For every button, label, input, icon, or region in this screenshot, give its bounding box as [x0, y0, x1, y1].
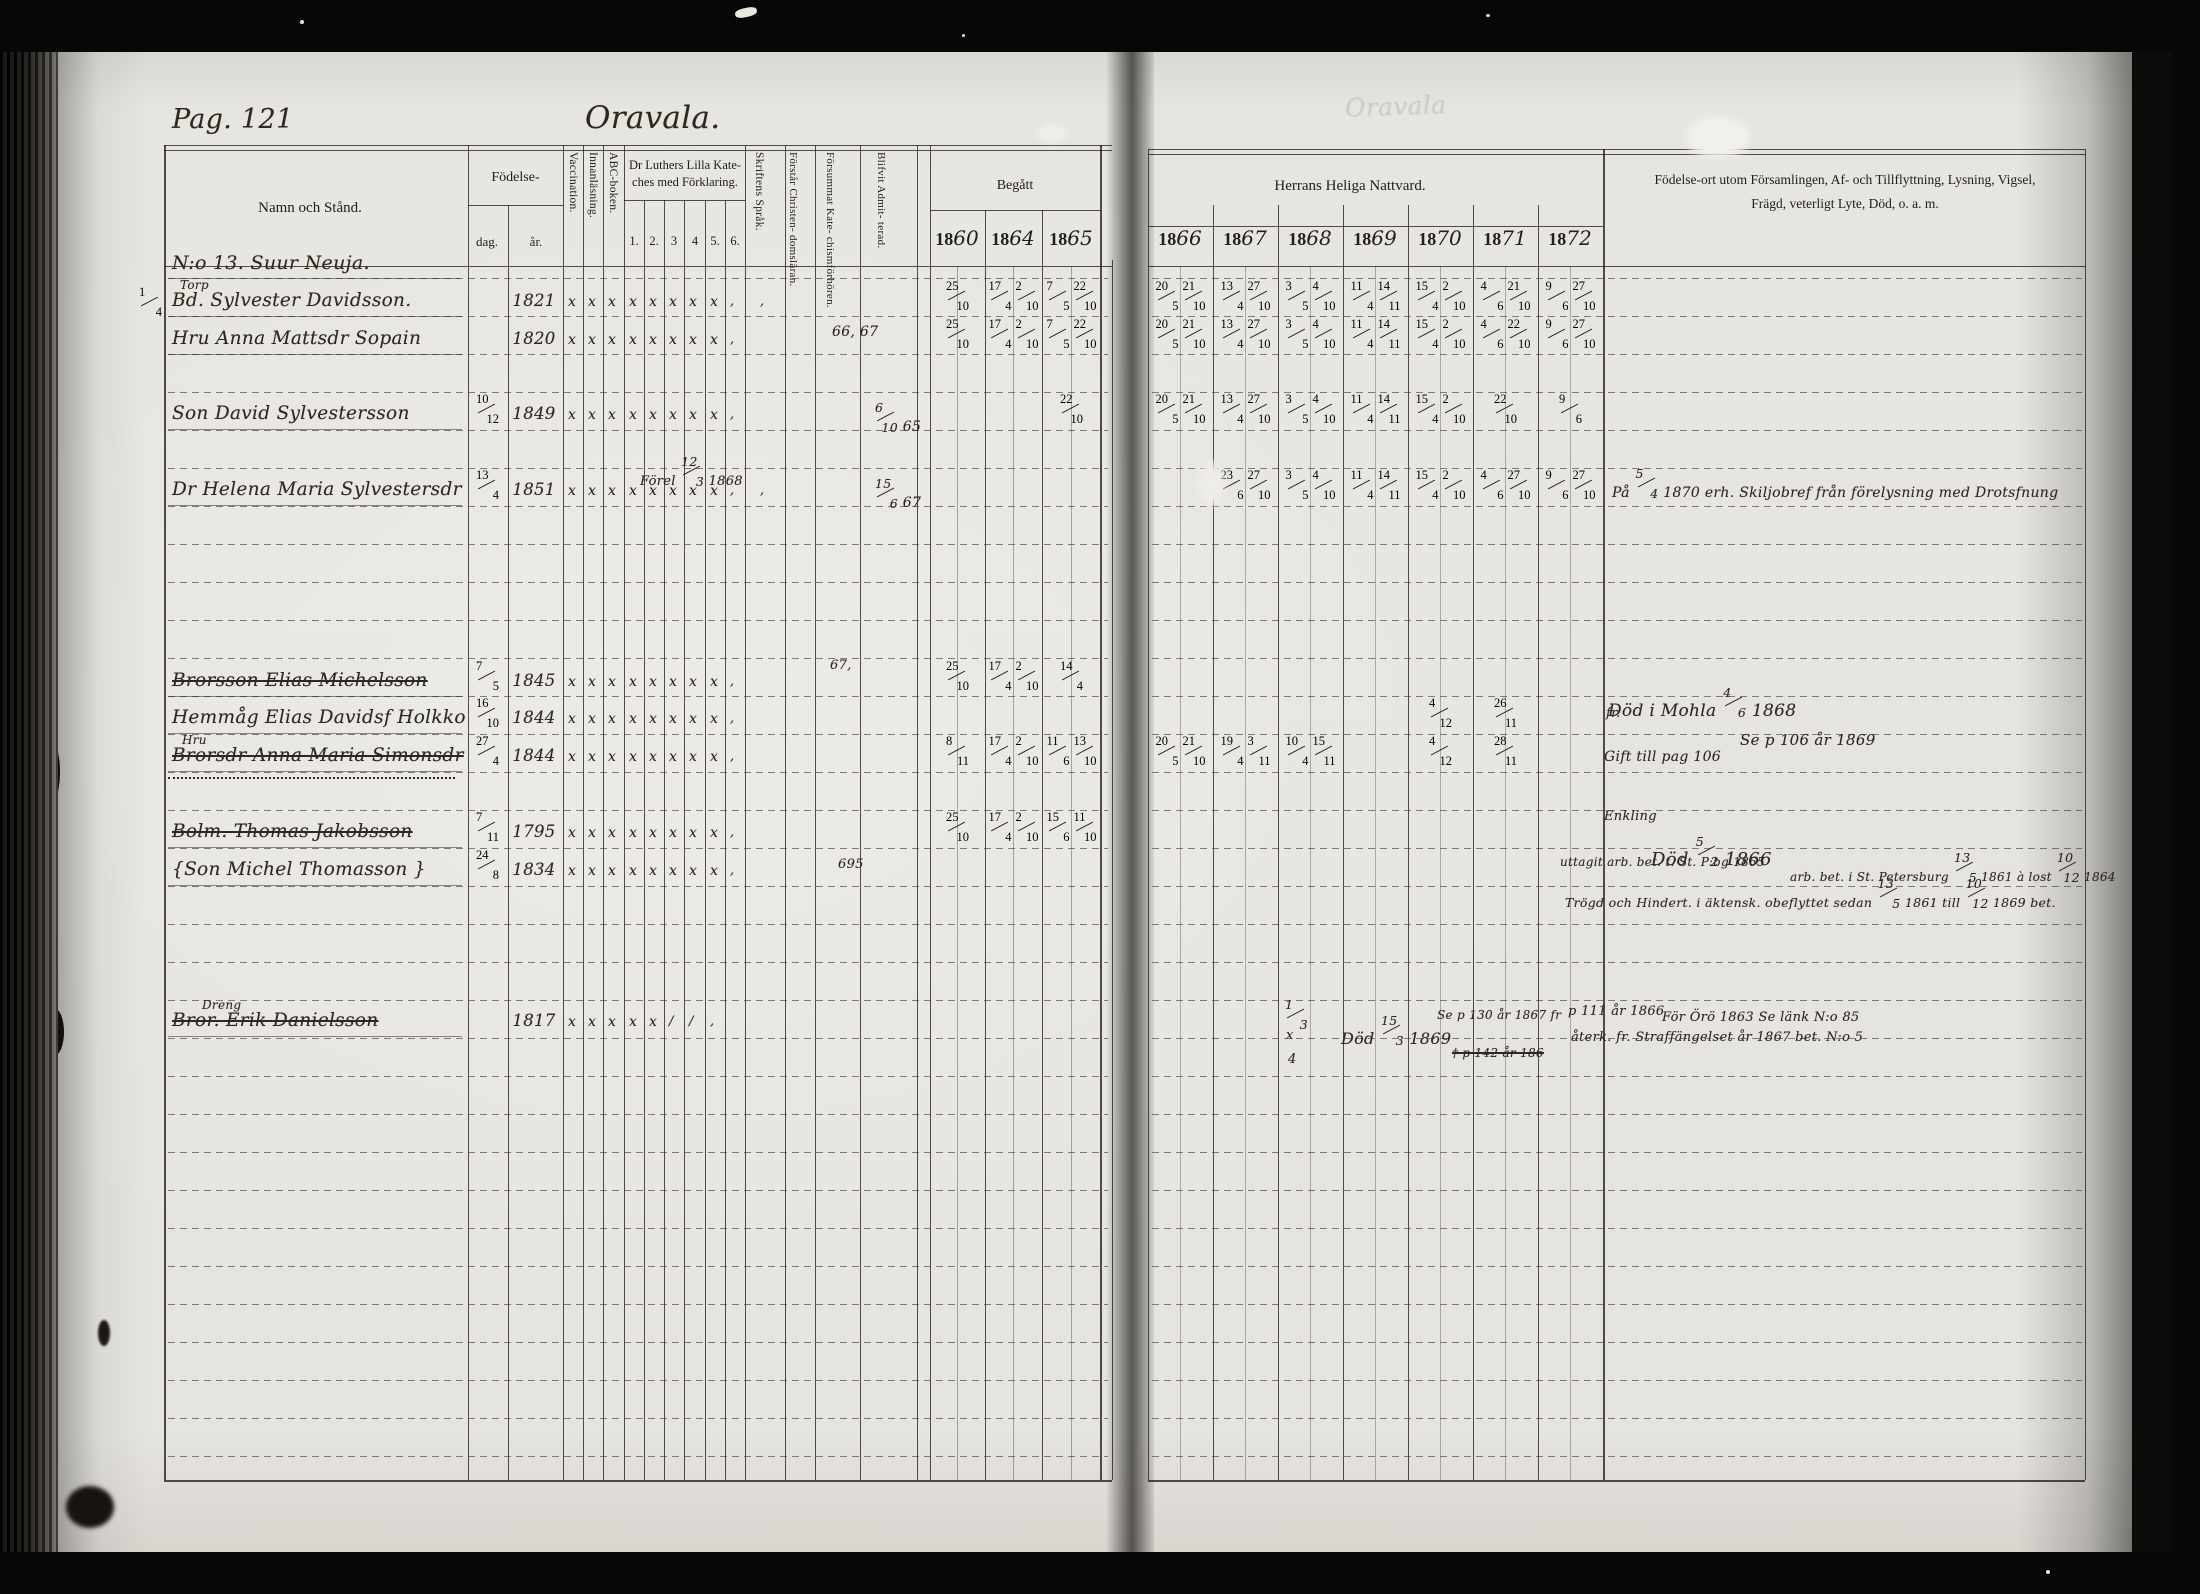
date-fraction: 610 [874, 403, 898, 431]
check-mark: x [710, 825, 718, 841]
check-mark: x [568, 674, 576, 690]
header-admitted: Blifvit Admit- terad. [874, 152, 887, 268]
date-fraction: 54 [1635, 469, 1659, 497]
ruled-line [168, 1114, 1108, 1115]
begatt-dates: 174210 [986, 812, 1040, 842]
remark-note: Trögd och Hindert. i äktensk. obeflyttet… [1565, 879, 2056, 910]
check-mark: , [730, 825, 734, 840]
date-fraction: 811 [945, 737, 969, 765]
date-fraction: 114 [1350, 320, 1374, 348]
remark-note: fr. [1606, 706, 1621, 721]
ruled-line [168, 924, 1108, 925]
remark-note: På 54 1870 erh. Skiljobref från förelysn… [1612, 469, 2058, 501]
check-mark: x [689, 407, 697, 423]
date-fraction: 114 [1350, 395, 1374, 423]
check-mark: x [568, 294, 576, 310]
remark-note: Död 153 1869 [1341, 1016, 1451, 1048]
ruled-line [1152, 962, 2082, 963]
ledger-entry-name: Bolm. Thomas Jakobsson [172, 821, 413, 842]
birth-day: 1610 [474, 698, 500, 728]
birth-year: 1849 [506, 404, 562, 423]
check-mark: x [689, 294, 697, 310]
check-mark: x [669, 711, 677, 727]
ledger-entry-name: Brorsdr Anna Maria Simonsdr [172, 745, 464, 766]
rule-line [745, 145, 746, 1480]
check-mark: x [649, 749, 657, 765]
date-fraction: 2510 [945, 282, 969, 310]
rule-line [168, 733, 462, 734]
date-fraction: 248 [475, 851, 499, 879]
check-mark: x [629, 825, 637, 841]
handwritten-note: 4 [1288, 1052, 1297, 1067]
date-fraction: 35 [1285, 395, 1309, 423]
date-fraction: 2710 [1572, 471, 1596, 499]
ruled-line [1152, 924, 2082, 925]
check-mark: x [649, 863, 657, 879]
date-fraction: 75 [1046, 320, 1070, 348]
header-understands-line1: Förstår Christen- [787, 152, 799, 232]
ruled-line [168, 544, 1108, 545]
remark-note: Enkling [1604, 809, 1657, 824]
header-admitted-line1: Blifvit Admit- [875, 152, 887, 219]
date-fraction: 1411 [1377, 320, 1401, 348]
check-mark: x [669, 407, 677, 423]
date-fraction: 2510 [945, 662, 969, 690]
ledger-ink-layer: Pag. 121 Oravala. Namn och Stånd. Födels… [0, 0, 2200, 1594]
ruled-line [168, 430, 1108, 431]
check-mark: / [689, 1014, 694, 1029]
ruled-line [168, 1380, 1108, 1381]
check-mark: x [710, 294, 718, 310]
header-remarks-line2: Frägd, veterligt Lyte, Död, o. a. m. [1610, 196, 2080, 212]
rule-line [860, 145, 861, 1480]
birth-year: 1844 [506, 708, 562, 727]
header-year: 1860 [931, 226, 983, 250]
communion-dates: 154210 [1409, 470, 1471, 500]
communion-dates: 194311 [1214, 736, 1276, 766]
rule-line [168, 696, 462, 697]
begatt-dates: 174210 [986, 281, 1040, 311]
date-fraction: 46 [1480, 320, 1504, 348]
header-year: 1872 [1544, 226, 1596, 250]
check-mark: x [568, 863, 576, 879]
date-fraction: 75 [1046, 282, 1070, 310]
communion-dates: 2811 [1474, 736, 1536, 766]
film-top-bar [0, 0, 2200, 52]
check-mark: x [649, 332, 657, 348]
begatt-dates: 2510 [930, 319, 984, 349]
rule-line [164, 145, 1112, 146]
communion-dates: 962710 [1539, 319, 1601, 349]
communion-dates: 1141411 [1344, 281, 1406, 311]
ruled-line [1152, 1380, 2082, 1381]
rule-line [1245, 266, 1246, 1480]
scan-artifact-white [1036, 124, 1068, 142]
ruled-line [168, 620, 1108, 621]
check-mark: , [730, 294, 734, 309]
birth-year: 1820 [506, 329, 562, 348]
ruled-line [168, 1038, 1108, 1039]
check-mark: x [568, 749, 576, 765]
date-fraction: 1110 [1073, 813, 1097, 841]
film-speck [300, 20, 304, 24]
date-fraction: 104 [1285, 737, 1309, 765]
check-mark: x [588, 294, 596, 310]
check-mark: x [649, 407, 657, 423]
rule-line [1375, 266, 1376, 1480]
ruled-line [1152, 1456, 2082, 1457]
check-mark: x [669, 674, 677, 690]
header-vaccination: Vaccination. [566, 152, 579, 264]
begatt-dates: 174210 [986, 736, 1040, 766]
birth-year: 1817 [506, 1011, 562, 1030]
handwritten-note: 66, 67 [832, 324, 878, 340]
communion-dates: 462210 [1474, 319, 1536, 349]
ruled-line [168, 1456, 1108, 1457]
date-fraction: 134 [1220, 282, 1244, 310]
ruled-line [1152, 544, 2082, 545]
date-fraction: 135 [1877, 879, 1901, 907]
begatt-dates: 2510 [930, 281, 984, 311]
date-fraction: 35 [1285, 320, 1309, 348]
check-mark: x [608, 711, 616, 727]
ruled-line [168, 1228, 1108, 1229]
ruled-line [1152, 1418, 2082, 1419]
header-year: 1871 [1479, 226, 1531, 250]
remark-note: uttagit arb. bet. t. St. P:bg 1865 [1560, 855, 1765, 869]
date-fraction: 2710 [1572, 282, 1596, 310]
handwritten-note: 610 65 [874, 403, 921, 435]
ruled-line [1152, 620, 2082, 621]
check-mark: x [608, 332, 616, 348]
header-catechism-number: 5. [705, 234, 725, 249]
rule-line [508, 205, 509, 1480]
date-fraction: 2110 [1182, 395, 1206, 423]
check-mark: x [710, 711, 718, 727]
date-fraction: 13 [1284, 1000, 1308, 1028]
header-catechism-number: 4 [685, 234, 705, 249]
date-fraction: 96 [1545, 282, 1569, 310]
date-fraction: 2510 [945, 813, 969, 841]
check-mark: x [568, 711, 576, 727]
remark-note: återk. fr. Straffängelset år 1867 bet. N… [1571, 1030, 1863, 1045]
rule-line [164, 150, 1112, 151]
check-mark: , [730, 863, 734, 878]
header-reading: Innanläsning. [586, 152, 599, 264]
date-fraction: 134 [1220, 320, 1244, 348]
date-fraction: 205 [1155, 320, 1179, 348]
check-mark: x [588, 483, 596, 499]
ledger-entry-name: Hru Anna Mattsdr Sopain [172, 328, 421, 349]
scan-artifact-white [1198, 462, 1224, 506]
check-mark: , [760, 483, 764, 498]
rule-line [168, 847, 462, 848]
date-fraction: 174 [988, 813, 1012, 841]
check-mark: x [710, 332, 718, 348]
check-mark: x [689, 825, 697, 841]
check-mark: , [730, 674, 734, 689]
rule-line [1100, 145, 1102, 1480]
ruled-line [1152, 1304, 2082, 1305]
ledger-entry-name: Dr Helena Maria Sylvestersdr [172, 479, 462, 500]
ruled-line [1152, 430, 2082, 431]
communion-dates: 1342710 [1214, 281, 1276, 311]
communion-dates: 412 [1409, 736, 1471, 766]
handwritten-note: Förel 123 1868 [640, 457, 743, 489]
check-mark: x [588, 711, 596, 727]
date-fraction: 116 [1046, 737, 1070, 765]
ruled-line [168, 962, 1108, 963]
communion-dates: 35410 [1279, 319, 1341, 349]
date-fraction: 210 [1015, 282, 1039, 310]
header-year: 1867 [1219, 226, 1271, 250]
communion-dates: 2611 [1474, 698, 1536, 728]
date-fraction: 1012 [475, 395, 499, 423]
date-fraction: 154 [1415, 471, 1439, 499]
ruled-line [168, 1266, 1108, 1267]
header-scripture-language: Skriftens Språk. [752, 152, 765, 264]
check-mark: x [629, 483, 637, 499]
header-catechism-number: 6. [725, 234, 745, 249]
ruled-line [168, 886, 1108, 887]
birth-year: 1834 [506, 860, 562, 879]
communion-dates: 2052110 [1149, 319, 1211, 349]
date-fraction: 156 [874, 479, 898, 507]
ruled-line [168, 392, 1108, 393]
check-mark: x [568, 1014, 576, 1030]
ruled-line [1152, 772, 2082, 773]
date-fraction: 96 [1545, 320, 1569, 348]
date-fraction: 410 [1312, 320, 1336, 348]
date-fraction: 174 [988, 662, 1012, 690]
rule-line [168, 354, 462, 355]
check-mark: x [669, 749, 677, 765]
date-fraction: 2210 [1059, 395, 1083, 423]
date-fraction: 1411 [1377, 471, 1401, 499]
birth-day: 75 [474, 661, 500, 691]
rule-line [1180, 266, 1181, 1480]
header-admitted-line2: terad. [875, 222, 887, 249]
header-holy-communion: Herrans Heliga Nattvard. [1160, 178, 1540, 195]
check-mark: x [629, 1014, 637, 1030]
ink-bleed-ghost: Oravala [1345, 90, 1447, 123]
rule-line [2085, 149, 2086, 1480]
rule-line [168, 316, 462, 317]
date-fraction: 1511 [1312, 737, 1336, 765]
communion-dates: 96 [1539, 394, 1601, 424]
check-mark: x [588, 407, 596, 423]
date-fraction: 311 [1247, 737, 1271, 765]
rule-line [164, 1480, 1112, 1482]
date-fraction: 410 [1312, 471, 1336, 499]
rule-line [1570, 266, 1571, 1480]
birth-year: 1845 [506, 671, 562, 690]
date-fraction: 174 [988, 737, 1012, 765]
check-mark: x [689, 674, 697, 690]
check-mark: x [710, 863, 718, 879]
rule-line [583, 145, 584, 1480]
date-fraction: 1610 [475, 699, 499, 727]
rule-line [168, 278, 460, 279]
rule-line [785, 145, 786, 1480]
rule-line [468, 205, 563, 206]
check-mark: x [689, 711, 697, 727]
check-mark: x [568, 332, 576, 348]
ledger-entry-name: Son David Sylvestersson [172, 403, 410, 424]
birth-year: 1795 [506, 822, 562, 841]
film-speck [2046, 1570, 2050, 1574]
ruled-line [168, 506, 1108, 507]
header-year: 1868 [1284, 226, 1336, 250]
check-mark: x [629, 332, 637, 348]
date-fraction: 1310 [1073, 737, 1097, 765]
ruled-line [168, 810, 1108, 811]
header-scripture-language-word1: Skriftens [753, 152, 765, 196]
birth-year: 1821 [506, 291, 562, 310]
ruled-line [168, 1342, 1108, 1343]
rule-line [957, 266, 958, 1480]
check-mark: x [608, 825, 616, 841]
date-fraction: 156 [1046, 813, 1070, 841]
date-fraction: 2710 [1247, 282, 1271, 310]
rule-line [1505, 266, 1506, 1480]
check-mark: x [649, 294, 657, 310]
communion-dates: 2052110 [1149, 281, 1211, 311]
date-fraction: 2710 [1507, 471, 1531, 499]
date-fraction: 1411 [1377, 395, 1401, 423]
ruled-line [168, 468, 1108, 469]
ruled-line [168, 658, 1108, 659]
check-mark: x [629, 294, 637, 310]
check-mark: x [689, 863, 697, 879]
communion-dates: 462110 [1474, 281, 1536, 311]
check-mark: x [588, 863, 596, 879]
ruled-line [1152, 1152, 2082, 1153]
communion-dates: 1141411 [1344, 319, 1406, 349]
rule-line [1071, 266, 1072, 1480]
header-neglected-line1: Försummat Kate- [824, 152, 836, 234]
begatt-dates: 174210 [986, 661, 1040, 691]
rule-line [1148, 149, 2085, 150]
check-mark: x [608, 1014, 616, 1030]
date-fraction: 2110 [1182, 737, 1206, 765]
begatt-dates: 2510 [930, 661, 984, 691]
check-mark: x [608, 407, 616, 423]
begatt-dates: 752210 [1044, 319, 1098, 349]
rule-line [917, 145, 918, 1480]
header-year: 1864 [987, 226, 1039, 250]
ruled-line [1152, 582, 2082, 583]
ruled-line [1152, 354, 2082, 355]
rule-line [1148, 1480, 2085, 1482]
date-fraction: 46 [1480, 282, 1504, 310]
communion-dates: 2052110 [1149, 394, 1211, 424]
ledger-entry-name: Bd. Sylvester Davidsson. [172, 290, 411, 311]
ledger-entry-name: {Son Michel Thomasson } [172, 859, 426, 880]
date-fraction: 46 [1722, 688, 1746, 716]
date-fraction: 154 [1415, 282, 1439, 310]
header-year: 1865 [1045, 226, 1097, 250]
communion-dates: 1141411 [1344, 394, 1406, 424]
rule-line [164, 145, 166, 1480]
date-fraction: 153 [1380, 1016, 1404, 1044]
rule-line [985, 210, 986, 1480]
check-mark: x [649, 711, 657, 727]
film-bottom-bar [0, 1552, 2200, 1594]
check-mark: x [588, 1014, 596, 1030]
header-birth-year: år. [512, 234, 560, 250]
header-scripture-language-word2: Språk. [753, 199, 765, 231]
date-fraction: 1012 [2056, 853, 2080, 881]
date-fraction: 2210 [1073, 320, 1097, 348]
ruled-line [1152, 1228, 2082, 1229]
scan-artifact-dark [66, 1486, 114, 1528]
header-remarks-line1: Födelse-ort utom Församlingen, Af- och T… [1610, 172, 2080, 188]
header-catechism-number: 2. [644, 234, 664, 249]
ruled-line [168, 1190, 1108, 1191]
check-mark: x [669, 332, 677, 348]
date-fraction: 174 [988, 320, 1012, 348]
check-mark: x [568, 825, 576, 841]
ruled-line [1152, 658, 2082, 659]
ruled-line [168, 1418, 1108, 1419]
communion-dates: 962710 [1539, 470, 1601, 500]
check-mark: x [689, 332, 697, 348]
check-mark: x [669, 863, 677, 879]
ruled-line [1152, 848, 2082, 849]
check-mark: x [608, 749, 616, 765]
ruled-line [1152, 1342, 2082, 1343]
rule-line [1310, 266, 1311, 1480]
scanned-ledger-spread: Pag. 121 Oravala. Namn och Stånd. Födels… [0, 0, 2200, 1594]
date-fraction: 2510 [945, 320, 969, 348]
check-mark: x [608, 674, 616, 690]
film-left-edge [0, 0, 58, 1594]
check-mark: x [608, 294, 616, 310]
communion-dates: 154210 [1409, 281, 1471, 311]
date-fraction: 2611 [1493, 699, 1517, 727]
rule-line [815, 145, 816, 1480]
check-mark: , [710, 1014, 714, 1029]
birth-day: 274 [474, 736, 500, 766]
rule-line [468, 145, 469, 1480]
communion-dates: 35410 [1279, 394, 1341, 424]
communion-dates: 2210 [1474, 394, 1536, 424]
begatt-dates: 1561110 [1044, 812, 1098, 842]
header-catechism-line2: ches med Förklaring. [605, 175, 765, 190]
date-fraction: 1411 [1377, 282, 1401, 310]
date-fraction: 2710 [1247, 320, 1271, 348]
check-mark: x [629, 749, 637, 765]
communion-dates: 1141411 [1344, 470, 1406, 500]
date-fraction: 210 [1015, 813, 1039, 841]
header-neglected-exams: Försummat Kate- chismförhören. [823, 152, 836, 268]
rule-line [624, 145, 625, 1480]
date-fraction: 2110 [1507, 282, 1531, 310]
date-fraction: 205 [1155, 282, 1179, 310]
remark-note: † p 142 år 186 [1452, 1046, 1544, 1060]
remark-note: Gift till pag 106 [1604, 749, 1721, 765]
ledger-entry-name: Bror. Erik Danielsson [172, 1010, 378, 1031]
rule-line [168, 1036, 462, 1037]
birth-year: 1844 [506, 746, 562, 765]
check-mark: x [710, 674, 718, 690]
date-fraction: 144 [1059, 662, 1083, 690]
check-mark: , [730, 407, 734, 422]
communion-dates: 1041511 [1279, 736, 1341, 766]
date-fraction: 96 [1545, 471, 1569, 499]
check-mark: x [629, 407, 637, 423]
